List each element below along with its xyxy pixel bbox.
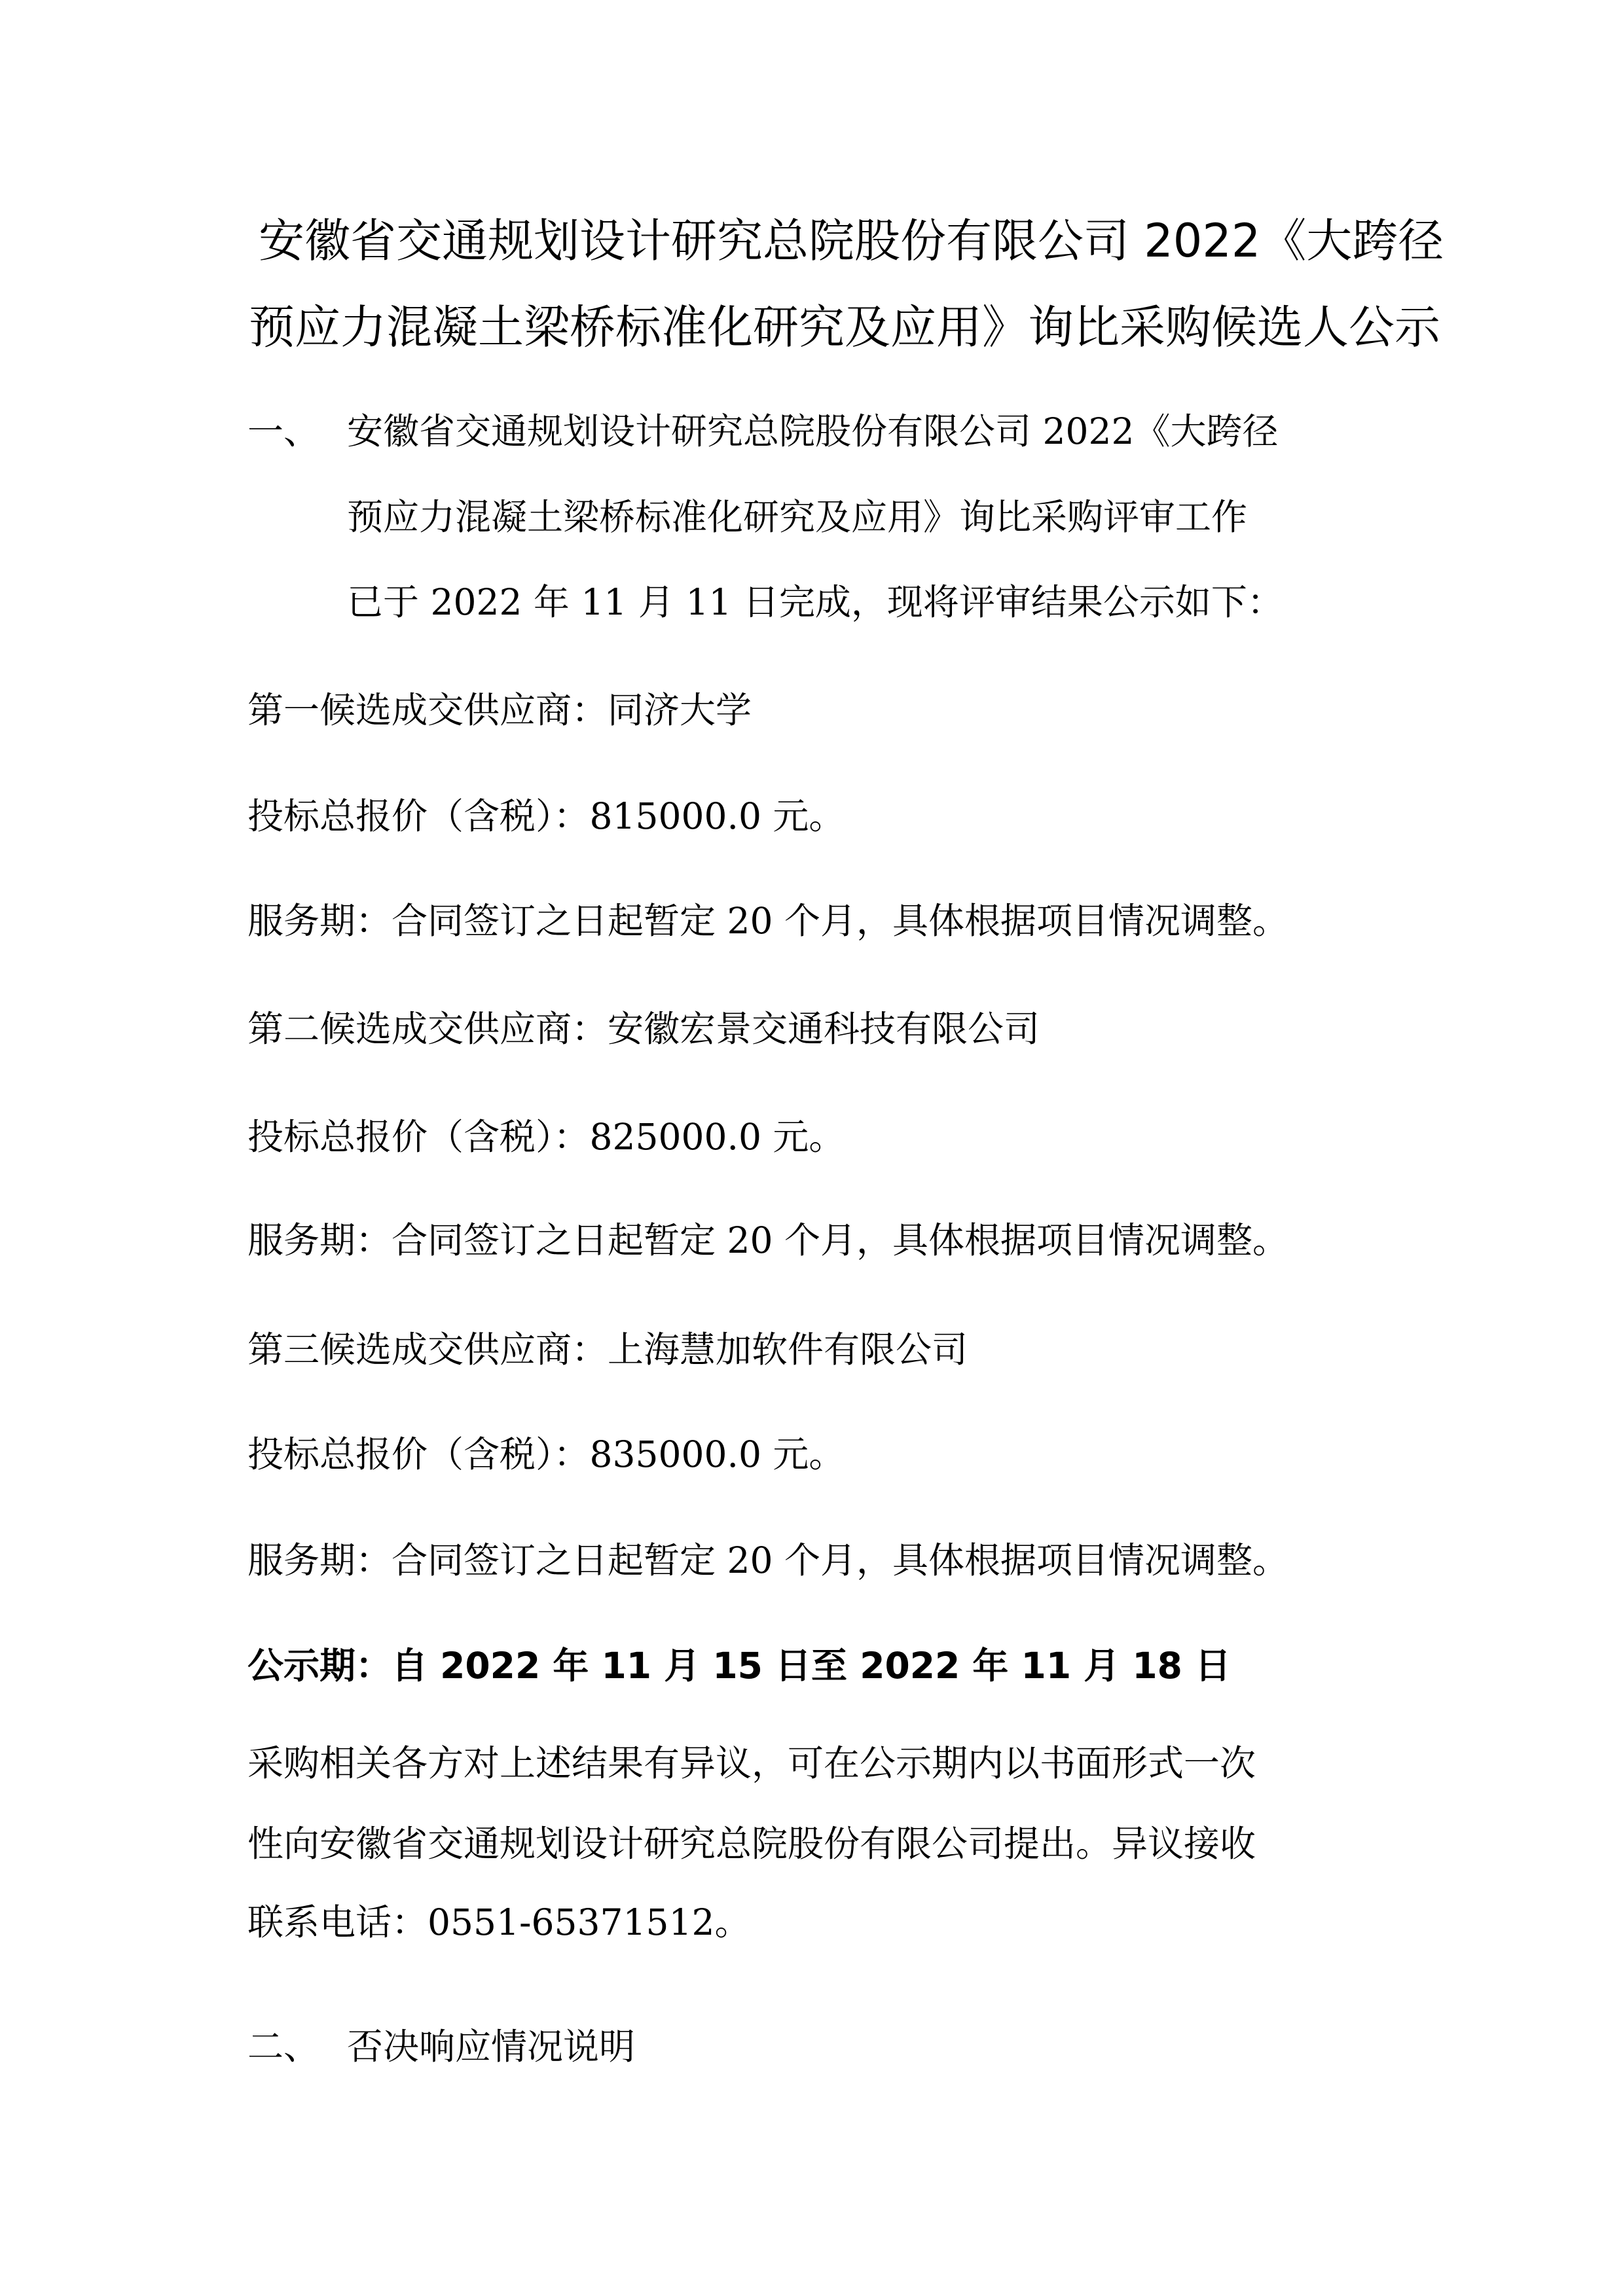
section-1-marker: 一、 xyxy=(247,414,319,450)
candidate-3-service-period: 服务期：合同签订之日起暂定 20 个月，具体根据项目情况调整。 xyxy=(247,1543,1288,1579)
section-1-line-2: 预应力混凝土梁桥标准化研究及应用》询比采购评审工作 xyxy=(347,499,1247,535)
document-page: 安徽省交通规划设计研究总院股份有限公司 2022《大跨径 预应力混凝土梁桥标准化… xyxy=(0,0,1623,2296)
objection-contact-phone: 联系电话：0551-65371512。 xyxy=(247,1905,751,1941)
document-title-line-1: 安徽省交通规划设计研究总院股份有限公司 2022《大跨径 xyxy=(259,218,1444,264)
publicity-period: 公示期：自 2022 年 11 月 15 日至 2022 年 11 月 18 日 xyxy=(247,1648,1231,1684)
candidate-1-price: 投标总报价（含税）：815000.0 元。 xyxy=(247,798,845,834)
candidate-2-service-period: 服务期：合同签订之日起暂定 20 个月，具体根据项目情况调整。 xyxy=(247,1223,1288,1259)
document-title-line-2: 预应力混凝土梁桥标准化研究及应用》询比采购候选人公示 xyxy=(249,304,1440,350)
objection-line-1: 采购相关各方对上述结果有异议，可在公示期内以书面形式一次 xyxy=(247,1746,1256,1782)
section-1-line-3: 已于 2022 年 11 月 11 日完成，现将评审结果公示如下： xyxy=(347,584,1283,620)
candidate-2-price: 投标总报价（含税）：825000.0 元。 xyxy=(247,1119,845,1155)
section-2-marker: 二、 xyxy=(247,2029,319,2065)
candidate-2-heading: 第二候选成交供应商：安徽宏景交通科技有限公司 xyxy=(247,1011,1040,1047)
candidate-1-heading: 第一候选成交供应商：同济大学 xyxy=(247,692,752,728)
section-2-heading: 否决响应情况说明 xyxy=(347,2029,635,2065)
section-1-line-1: 安徽省交通规划设计研究总院股份有限公司 2022《大跨径 xyxy=(347,414,1278,450)
candidate-1-service-period: 服务期：合同签订之日起暂定 20 个月，具体根据项目情况调整。 xyxy=(247,903,1288,939)
objection-line-2: 性向安徽省交通规划设计研究总院股份有限公司提出。异议接收 xyxy=(247,1826,1256,1862)
candidate-3-heading: 第三候选成交供应商：上海慧加软件有限公司 xyxy=(247,1332,968,1368)
candidate-3-price: 投标总报价（含税）：835000.0 元。 xyxy=(247,1437,845,1473)
